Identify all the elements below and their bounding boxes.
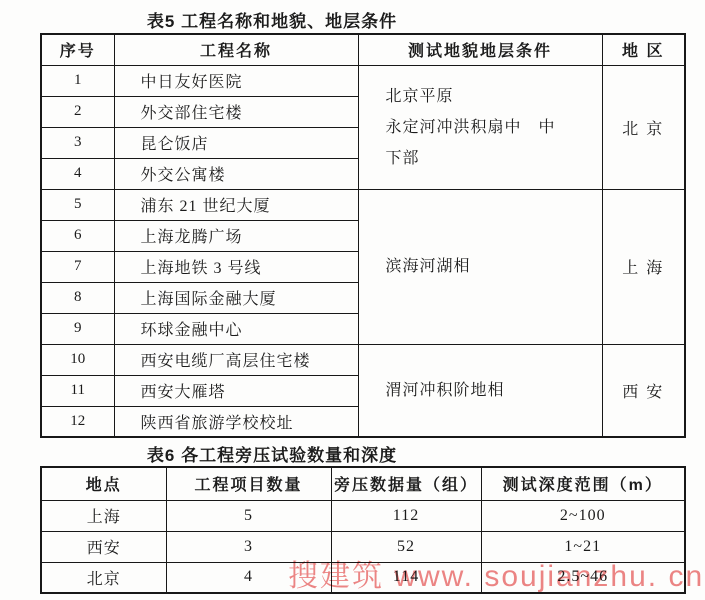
table6-title: 表6 各工程旁压试验数量和深度 (0, 441, 544, 466)
row-no: 8 (41, 282, 114, 313)
region-cell-shanghai: 上 海 (602, 189, 685, 344)
table5-header-condition: 测试地貌地层条件 (358, 34, 602, 65)
table6-header-row: 地点 工程项目数量 旁压数据量（组） 测试深度范围（m） (41, 467, 685, 500)
region-cell-beijing: 北 京 (602, 65, 685, 189)
location-cell: 西安 (41, 531, 166, 562)
row-no: 11 (41, 375, 114, 406)
table-row: 上海 5 112 2~100 (41, 500, 685, 531)
table6-header-location: 地点 (41, 467, 166, 500)
project-name: 上海地铁 3 号线 (114, 251, 358, 282)
depth-range-cell: 1~21 (481, 531, 685, 562)
project-name: 上海国际金融大厦 (114, 282, 358, 313)
condition-cell-shanghai: 滨海河湖相 (358, 189, 602, 344)
project-count-cell: 3 (166, 531, 331, 562)
row-no: 2 (41, 96, 114, 127)
table-row: 北京 4 114 2.5~46 (41, 562, 685, 593)
project-name: 中日友好医院 (114, 65, 358, 96)
row-no: 9 (41, 313, 114, 344)
project-name: 浦东 21 世纪大厦 (114, 189, 358, 220)
table5-title: 表5 工程名称和地貌、地层条件 (0, 7, 544, 32)
table6-header-data-count: 旁压数据量（组） (331, 467, 481, 500)
table5-header-region: 地 区 (602, 34, 685, 65)
depth-range-cell: 2~100 (481, 500, 685, 531)
project-name: 西安大雁塔 (114, 375, 358, 406)
region-cell-xian: 西 安 (602, 344, 685, 437)
row-no: 3 (41, 127, 114, 158)
table5-projects: 序号 工程名称 测试地貌地层条件 地 区 1 中日友好医院 北京平原 永定河冲洪… (40, 33, 686, 438)
row-no: 1 (41, 65, 114, 96)
project-name: 昆仑饭店 (114, 127, 358, 158)
table-row: 10 西安电缆厂高层住宅楼 渭河冲积阶地相 西 安 (41, 344, 685, 375)
condition-cell-xian: 渭河冲积阶地相 (358, 344, 602, 437)
location-cell: 北京 (41, 562, 166, 593)
table6-header-depth-range: 测试深度范围（m） (481, 467, 685, 500)
project-count-cell: 5 (166, 500, 331, 531)
project-name: 上海龙腾广场 (114, 220, 358, 251)
project-name: 外交部住宅楼 (114, 96, 358, 127)
project-name: 外交公寓楼 (114, 158, 358, 189)
project-name: 环球金融中心 (114, 313, 358, 344)
table6-test-summary: 地点 工程项目数量 旁压数据量（组） 测试深度范围（m） 上海 5 112 2~… (40, 466, 686, 594)
document-page: 表5 工程名称和地貌、地层条件 序号 工程名称 测试地貌地层条件 地 区 1 中… (0, 0, 705, 600)
row-no: 7 (41, 251, 114, 282)
table-row: 西安 3 52 1~21 (41, 531, 685, 562)
data-count-cell: 114 (331, 562, 481, 593)
row-no: 10 (41, 344, 114, 375)
row-no: 4 (41, 158, 114, 189)
table5-header-name: 工程名称 (114, 34, 358, 65)
project-count-cell: 4 (166, 562, 331, 593)
table5-header-no: 序号 (41, 34, 114, 65)
row-no: 6 (41, 220, 114, 251)
table6-header-project-count: 工程项目数量 (166, 467, 331, 500)
project-name: 西安电缆厂高层住宅楼 (114, 344, 358, 375)
table5-header-row: 序号 工程名称 测试地貌地层条件 地 区 (41, 34, 685, 65)
project-name: 陕西省旅游学校校址 (114, 406, 358, 437)
data-count-cell: 52 (331, 531, 481, 562)
table-row: 1 中日友好医院 北京平原 永定河冲洪积扇中 中 下部 北 京 (41, 65, 685, 96)
row-no: 12 (41, 406, 114, 437)
table-row: 5 浦东 21 世纪大厦 滨海河湖相 上 海 (41, 189, 685, 220)
location-cell: 上海 (41, 500, 166, 531)
condition-cell-beijing: 北京平原 永定河冲洪积扇中 中 下部 (358, 65, 602, 189)
row-no: 5 (41, 189, 114, 220)
depth-range-cell: 2.5~46 (481, 562, 685, 593)
data-count-cell: 112 (331, 500, 481, 531)
